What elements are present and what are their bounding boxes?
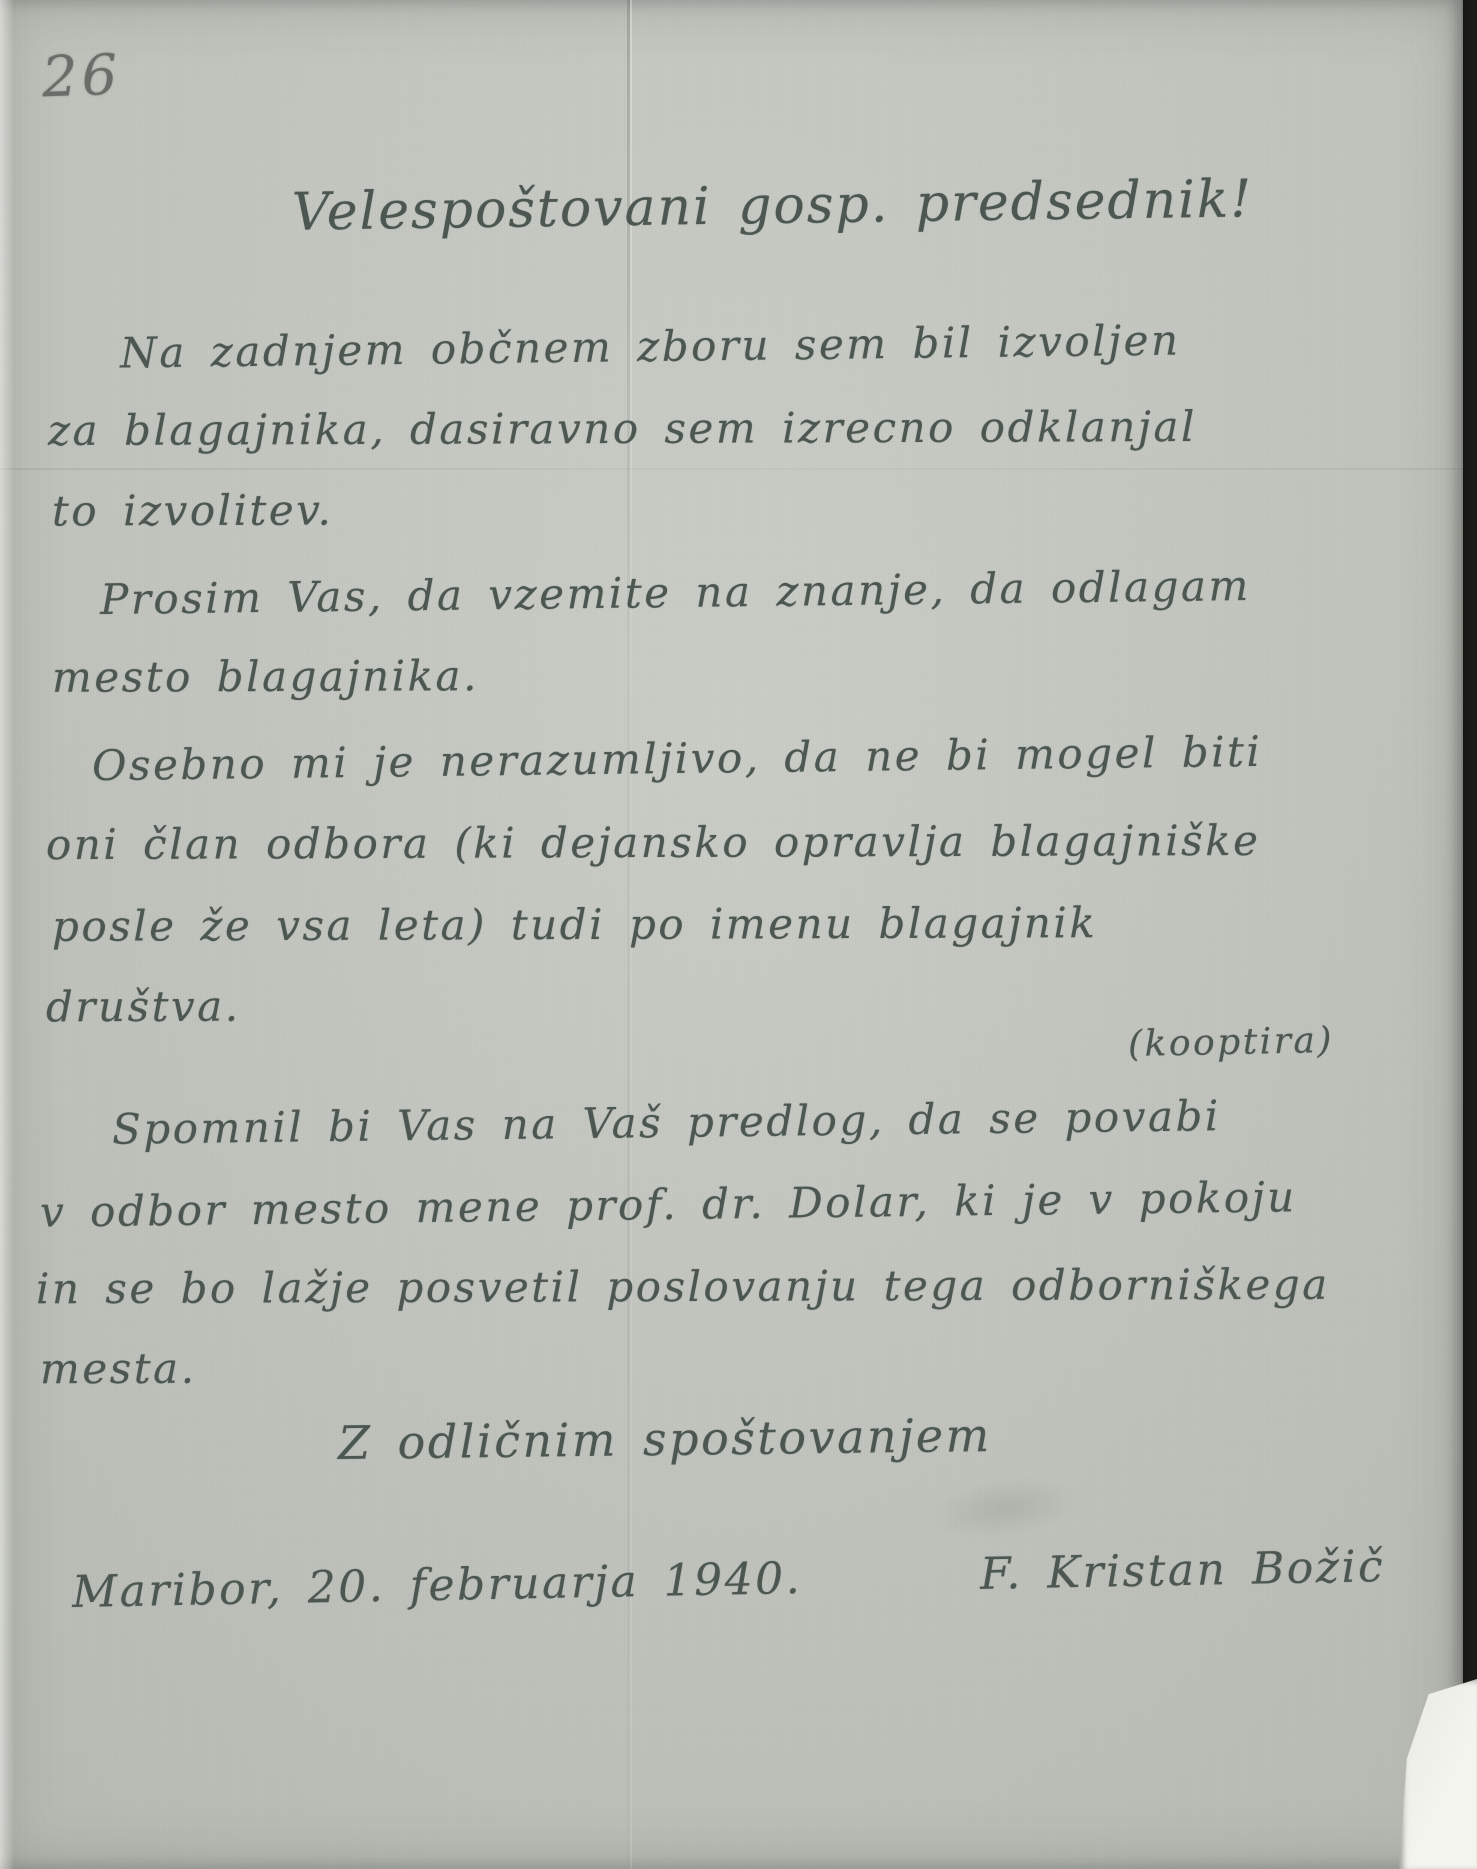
handwritten-line: to izvolitev. <box>52 486 333 536</box>
margin-note: (kooptira) <box>1128 1020 1335 1065</box>
handwritten-line: mesto blagajnika. <box>52 651 479 701</box>
closing: Z odličnim spoštovanjem <box>338 1408 992 1470</box>
scan-edge-shadow <box>1461 0 1477 1869</box>
handwritten-line: za blagajnika, dasiravno sem izrecno odk… <box>48 402 1197 455</box>
handwritten-line: in se bo lažje posvetil poslovanju tega … <box>36 1260 1330 1314</box>
handwritten-line: oni član odbora (ki dejansko opravlja bl… <box>46 816 1261 869</box>
handwritten-line: mesta. <box>40 1344 197 1394</box>
handwritten-line: posle že vsa leta) tudi po imenu blagajn… <box>52 898 1097 951</box>
handwritten-line: društva. <box>46 982 241 1032</box>
page-number-pencil: 26 <box>41 43 122 111</box>
signature: F. Kristan Božič <box>980 1541 1386 1600</box>
horizontal-fold-crease <box>0 468 1463 470</box>
scanned-letter-page: 26 Velespoštovani gosp. predsednik! Na z… <box>0 0 1477 1869</box>
paper-left-edge <box>0 0 14 1869</box>
